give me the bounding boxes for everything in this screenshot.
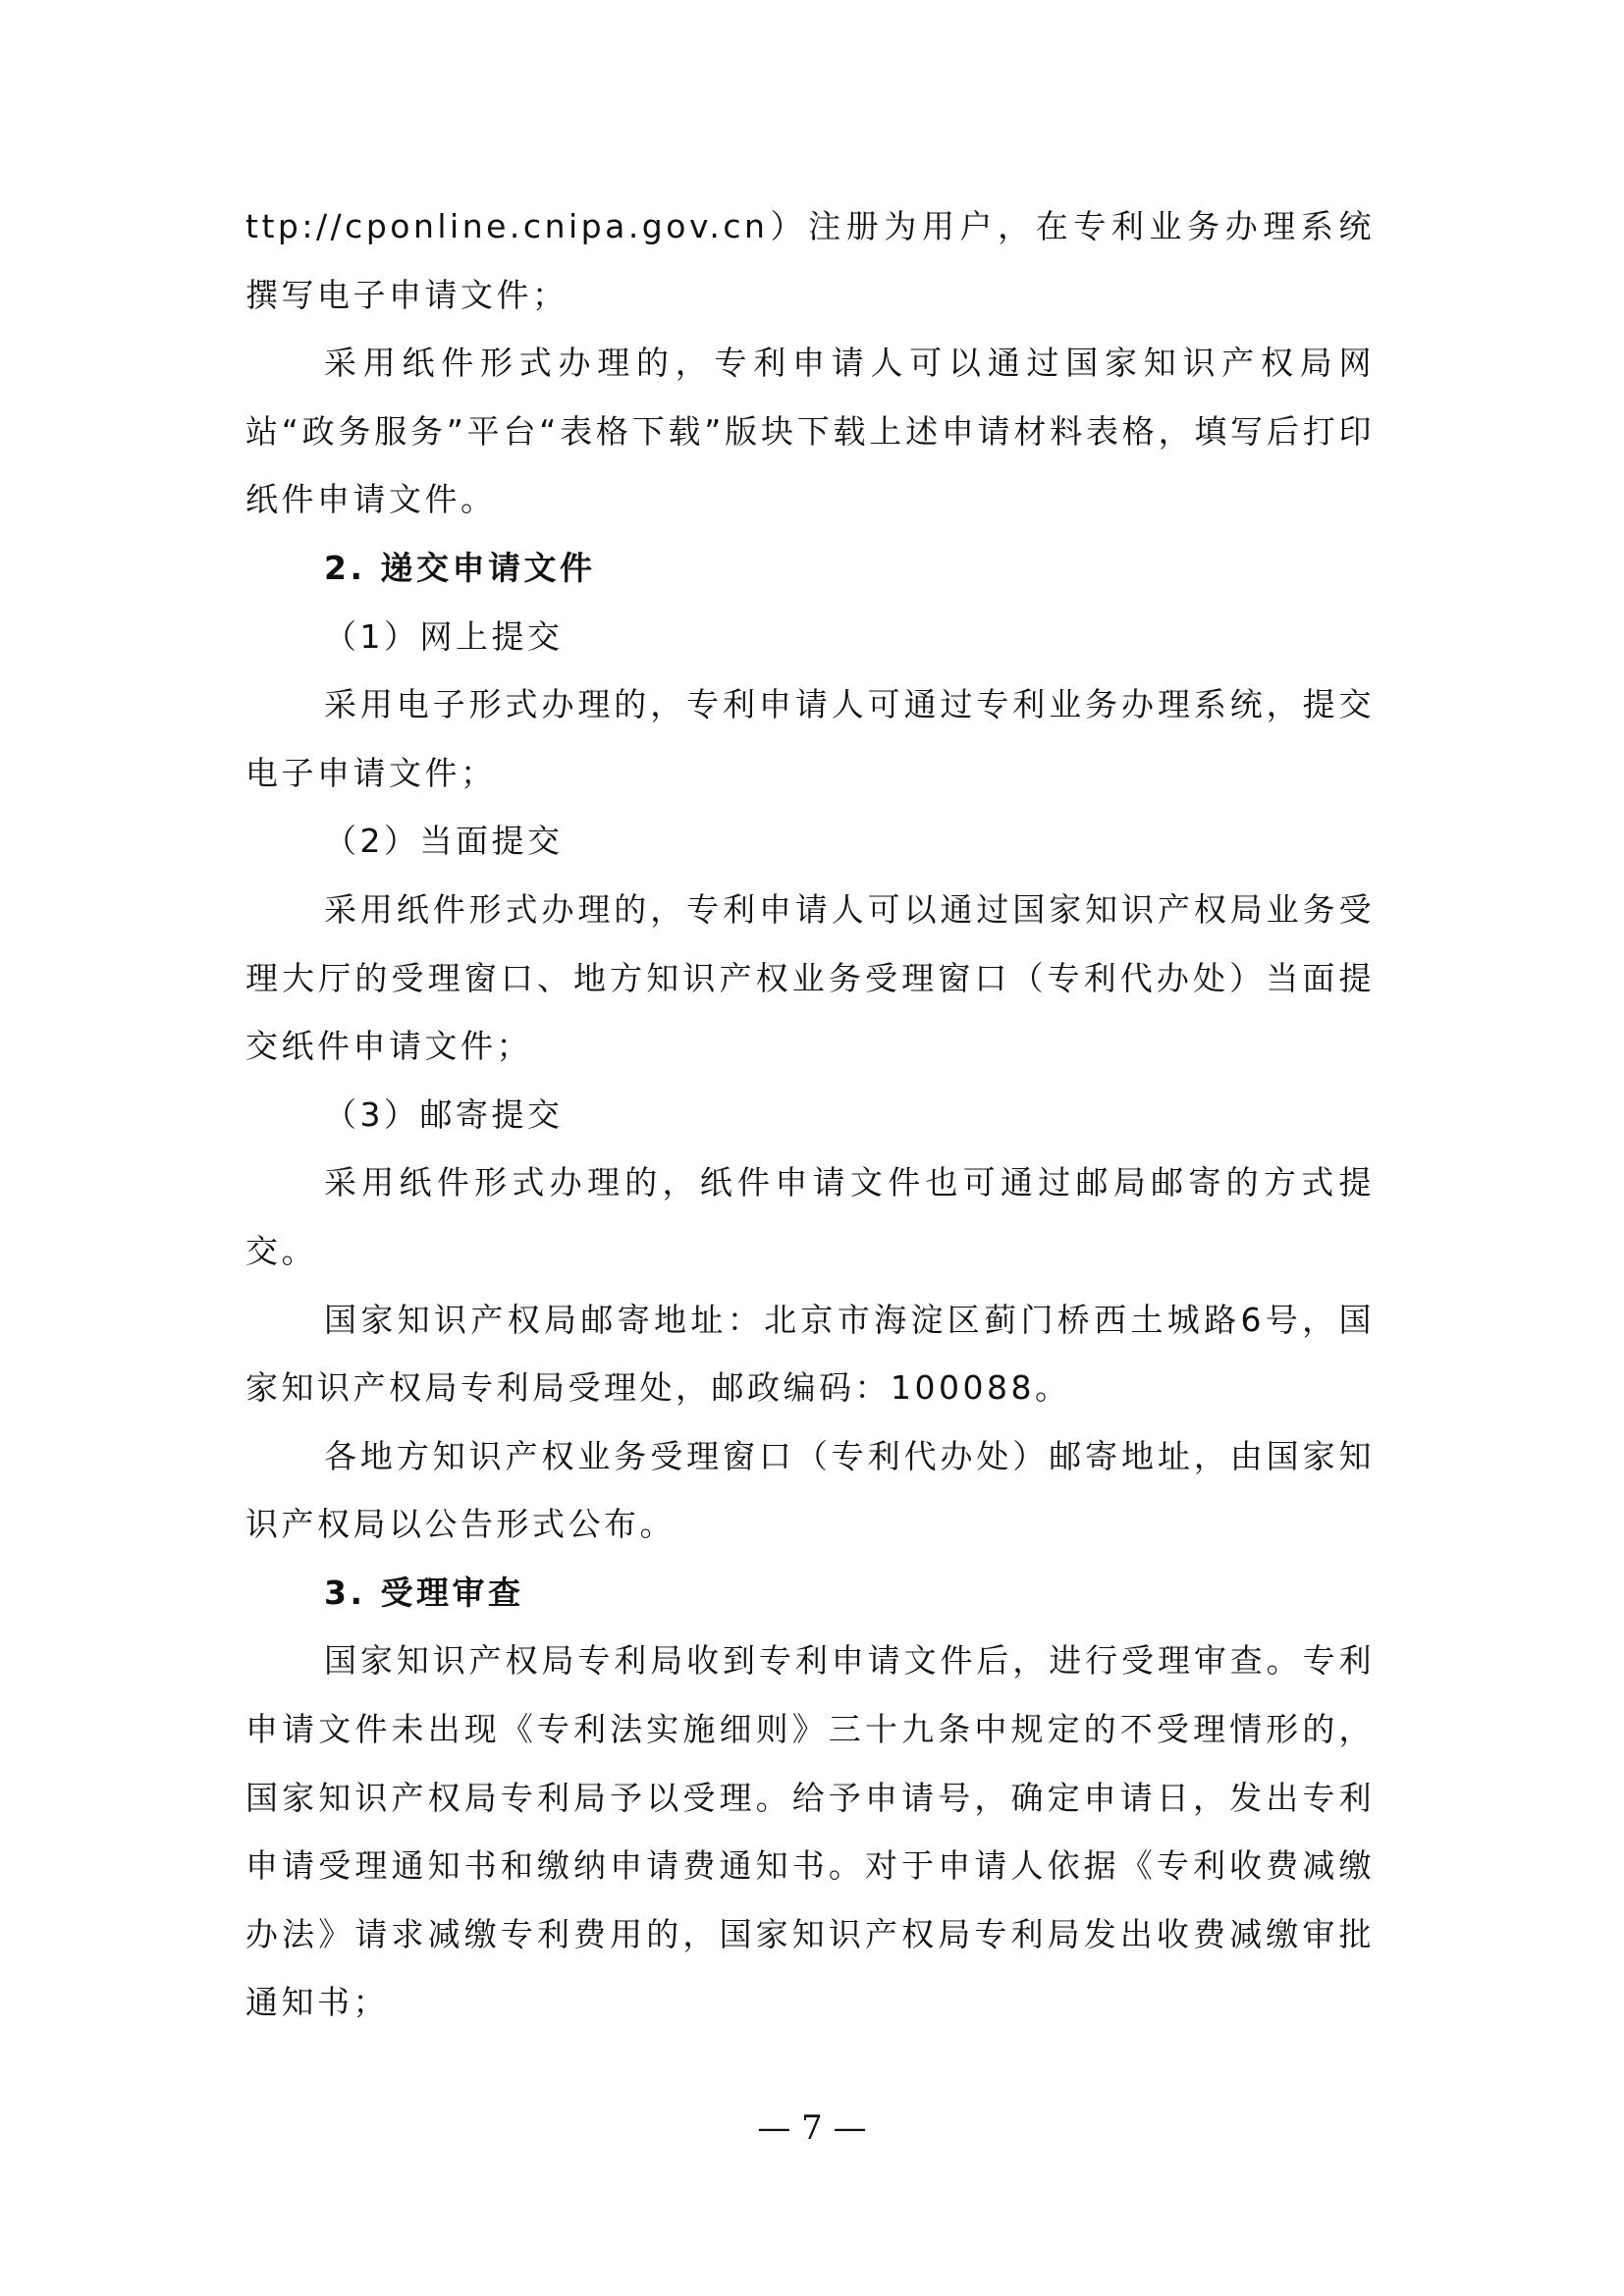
paragraph-local-addresses: 各地方知识产权业务受理窗口（专利代办处）邮寄地址，由国家知识产权局以公告形式公布… <box>245 1422 1375 1559</box>
paragraph-online-submission: 采用电子形式办理的，专利申请人可通过专利业务办理系统，提交电子申请文件； <box>245 670 1375 807</box>
subheading-online-submission: （1）网上提交 <box>245 603 1375 671</box>
paragraph-acceptance-review: 国家知识产权局专利局收到专利申请文件后，进行受理审查。专利申请文件未出现《专利法… <box>245 1627 1375 2037</box>
paragraph-mail-submission: 采用纸件形式办理的，纸件申请文件也可通过邮局邮寄的方式提交。 <box>245 1148 1375 1285</box>
paragraph-mailing-address: 国家知识产权局邮寄地址：北京市海淀区蓟门桥西土城路6号，国家知识产权局专利局受理… <box>245 1286 1375 1422</box>
paragraph-paper-forms: 采用纸件形式办理的，专利申请人可以通过国家知识产权局网站“政务服务”平台“表格下… <box>245 329 1375 534</box>
document-body: ttp://cponline.cnipa.gov.cn）注册为用户，在专利业务办… <box>245 192 1375 2037</box>
page-number: — 7 — <box>0 2109 1624 2148</box>
paragraph-url-continuation: ttp://cponline.cnipa.gov.cn）注册为用户，在专利业务办… <box>245 192 1375 329</box>
heading-submit-documents: 2. 递交申请文件 <box>245 534 1375 603</box>
paragraph-in-person-submission: 采用纸件形式办理的，专利申请人可以通过国家知识产权局业务受理大厅的受理窗口、地方… <box>245 876 1375 1081</box>
heading-acceptance-review: 3. 受理审查 <box>245 1559 1375 1628</box>
document-page: ttp://cponline.cnipa.gov.cn）注册为用户，在专利业务办… <box>0 0 1624 2296</box>
subheading-in-person-submission: （2）当面提交 <box>245 807 1375 876</box>
subheading-mail-submission: （3）邮寄提交 <box>245 1081 1375 1149</box>
